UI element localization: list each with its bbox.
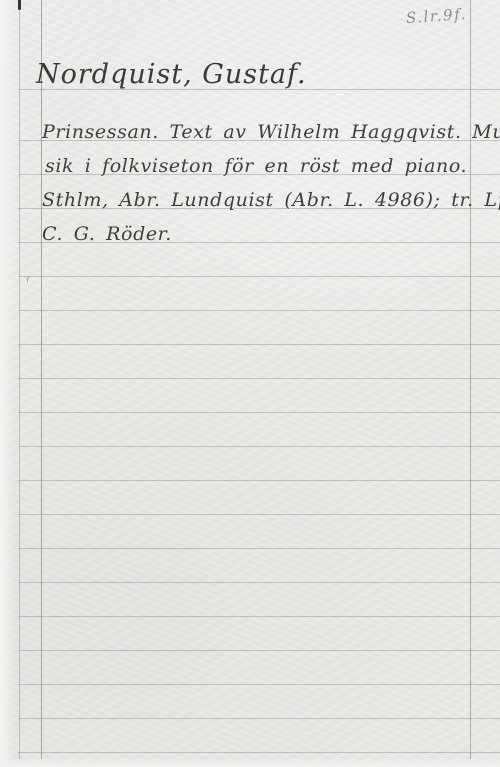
entry-line-1: Prinsessan. Text av Wilhelm Haggqvist. M… [42, 122, 500, 142]
right-margin-line [470, 0, 471, 759]
catalog-card-scan: S.lr.9f. Nordquist, Gustaf. Prinsessan. … [0, 0, 500, 767]
top-left-ink-mark [18, 0, 21, 10]
shelfmark-notation: S.lr.9f. [405, 5, 467, 27]
entry-line-3: Sthlm, Abr. Lundquist (Abr. L. 4986); tr… [42, 190, 500, 210]
entry-line-4: C. G. Röder. [42, 224, 172, 244]
entry-line-2: sik i folkviseton för en röst med piano. [45, 156, 467, 176]
left-outer-margin-line [19, 0, 20, 759]
paper-bottom-edge [0, 758, 500, 767]
left-inner-margin-line [41, 0, 42, 759]
paper-left-edge [0, 0, 15, 767]
composer-heading: Nordquist, Gustaf. [36, 60, 307, 89]
